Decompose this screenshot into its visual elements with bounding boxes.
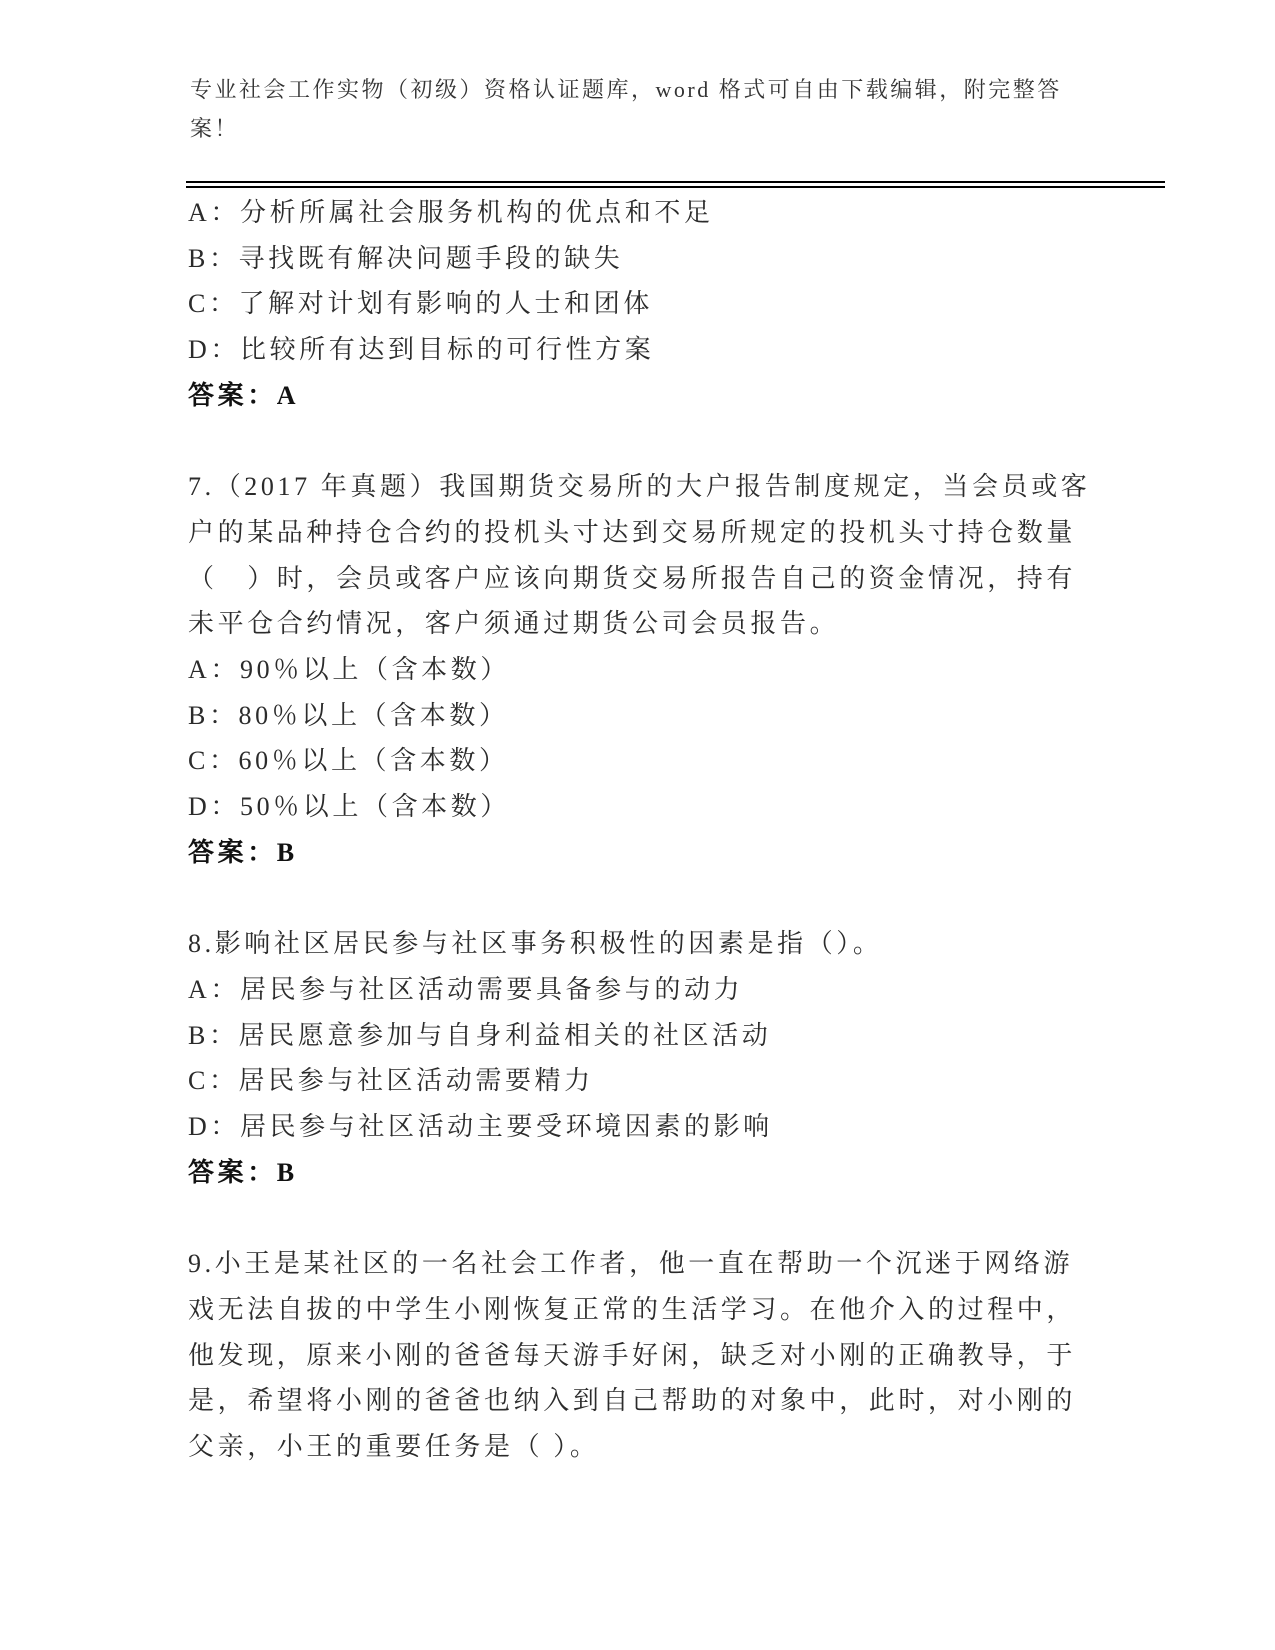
text-line: 9.小王是某社区的一名社会工作者，他一直在帮助一个沉迷于网络游	[188, 1241, 1128, 1287]
text-line: C：了解对计划有影响的人士和团体	[188, 281, 1128, 327]
text-line: （ ）时，会员或客户应该向期货交易所报告自己的资金情况，持有	[188, 556, 1128, 602]
question-block-6: A：分析所属社会服务机构的优点和不足B：寻找既有解决问题手段的缺失C：了解对计划…	[188, 190, 1128, 419]
text-line: C：60％以上（含本数）	[188, 738, 1128, 784]
document-page: 专业社会工作实物（初级）资格认证题库，word 格式可自由下载编辑，附完整答案！…	[0, 0, 1275, 1650]
text-line: 案！	[186, 109, 1165, 148]
text-line: 8.影响社区居民参与社区事务积极性的因素是指（）。	[188, 921, 1128, 967]
answer-line: 答案：B	[188, 1150, 1128, 1196]
header-text: 专业社会工作实物（初级）资格认证题库，word 格式可自由下载编辑，附完整答案！	[186, 70, 1165, 148]
question-block-8: 8.影响社区居民参与社区事务积极性的因素是指（）。 A：居民参与社区活动需要具备…	[188, 921, 1128, 1195]
options-list: A：分析所属社会服务机构的优点和不足B：寻找既有解决问题手段的缺失C：了解对计划…	[188, 190, 1128, 373]
text-line: 他发现，原来小刚的爸爸每天游手好闲，缺乏对小刚的正确教导，于	[188, 1333, 1128, 1379]
text-line: D：居民参与社区活动主要受环境因素的影响	[188, 1104, 1128, 1150]
text-line: 父亲，小王的重要任务是（ ）。	[188, 1424, 1128, 1470]
document-body: A：分析所属社会服务机构的优点和不足B：寻找既有解决问题手段的缺失C：了解对计划…	[188, 190, 1128, 1470]
text-line: 戏无法自拔的中学生小刚恢复正常的生活学习。在他介入的过程中，	[188, 1287, 1128, 1333]
question-stem: 9.小王是某社区的一名社会工作者，他一直在帮助一个沉迷于网络游戏无法自拔的中学生…	[188, 1241, 1128, 1470]
text-line: A：分析所属社会服务机构的优点和不足	[188, 190, 1128, 236]
question-block-7: 7.（2017 年真题）我国期货交易所的大户报告制度规定，当会员或客户的某品种持…	[188, 464, 1128, 875]
question-block-9: 9.小王是某社区的一名社会工作者，他一直在帮助一个沉迷于网络游戏无法自拔的中学生…	[188, 1241, 1128, 1470]
text-line: 户的某品种持仓合约的投机头寸达到交易所规定的投机头寸持仓数量	[188, 510, 1128, 556]
page-header: 专业社会工作实物（初级）资格认证题库，word 格式可自由下载编辑，附完整答案！	[186, 70, 1165, 188]
answer-line: 答案：A	[188, 373, 1128, 419]
text-line: D：50％以上（含本数）	[188, 784, 1128, 830]
options-list: A：居民参与社区活动需要具备参与的动力B：居民愿意参加与自身利益相关的社区活动C…	[188, 967, 1128, 1150]
text-line: 未平仓合约情况，客户须通过期货公司会员报告。	[188, 601, 1128, 647]
question-stem: 7.（2017 年真题）我国期货交易所的大户报告制度规定，当会员或客户的某品种持…	[188, 464, 1128, 647]
text-line: 是，希望将小刚的爸爸也纳入到自己帮助的对象中，此时，对小刚的	[188, 1378, 1128, 1424]
options-list: A：90％以上（含本数）B：80％以上（含本数）C：60％以上（含本数）D：50…	[188, 647, 1128, 830]
text-line: B：寻找既有解决问题手段的缺失	[188, 236, 1128, 282]
text-line: B：居民愿意参加与自身利益相关的社区活动	[188, 1013, 1128, 1059]
text-line: B：80％以上（含本数）	[188, 693, 1128, 739]
text-line: 专业社会工作实物（初级）资格认证题库，word 格式可自由下载编辑，附完整答	[186, 70, 1165, 109]
text-line: D：比较所有达到目标的可行性方案	[188, 327, 1128, 373]
text-line: C：居民参与社区活动需要精力	[188, 1058, 1128, 1104]
text-line: 7.（2017 年真题）我国期货交易所的大户报告制度规定，当会员或客	[188, 464, 1128, 510]
answer-line: 答案：B	[188, 830, 1128, 876]
text-line: A：居民参与社区活动需要具备参与的动力	[188, 967, 1128, 1013]
text-line: A：90％以上（含本数）	[188, 647, 1128, 693]
question-stem: 8.影响社区居民参与社区事务积极性的因素是指（）。	[188, 921, 1128, 967]
